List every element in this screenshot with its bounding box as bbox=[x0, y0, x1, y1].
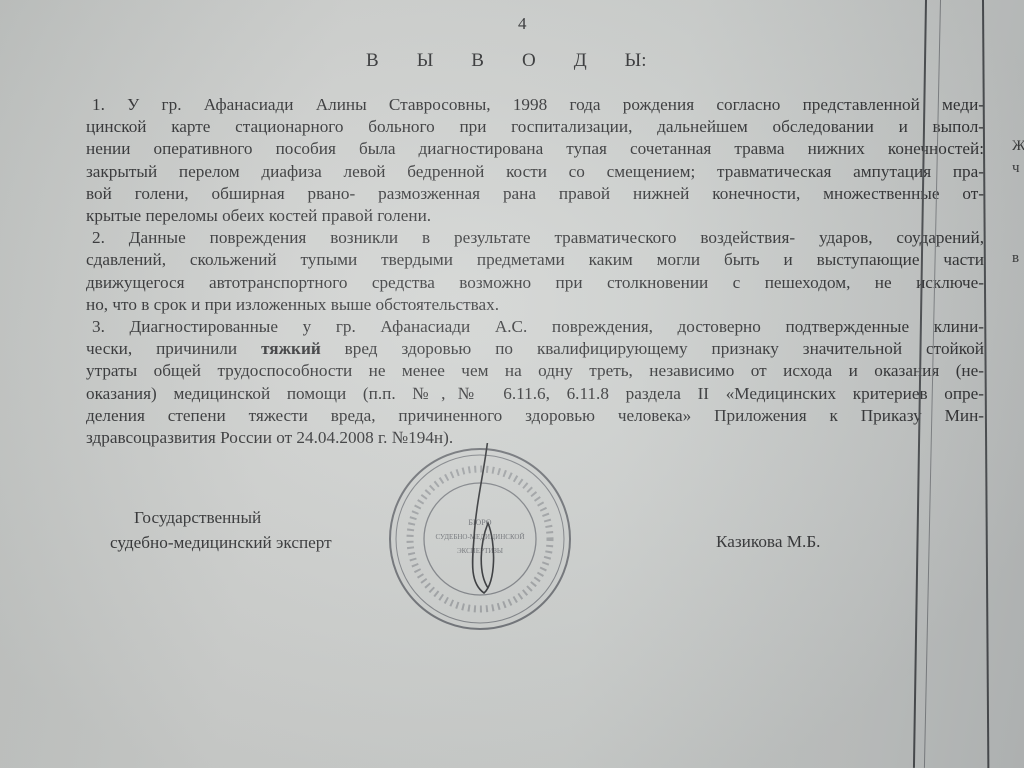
signatory-name: Казикова М.Б. bbox=[716, 532, 820, 552]
document-photo: 4 ВЫВОДЫ: 1. У гр. Афанасиади Алины Став… bbox=[0, 0, 1024, 768]
title-letter: Ы: bbox=[625, 50, 647, 72]
title-letter: В bbox=[471, 50, 484, 72]
paragraph-2: 2. Данные повреждения возникли в результ… bbox=[86, 227, 984, 316]
edge-fragment: Ж bbox=[1012, 138, 1024, 155]
edge-fragment: в bbox=[1012, 250, 1019, 267]
title-letter: В bbox=[366, 50, 379, 72]
text-line: чески, причинили тяжкий вред здоровью по… bbox=[86, 338, 984, 360]
role-line: судебно-медицинский эксперт bbox=[110, 530, 332, 555]
text-line: вой голени, обширная рвано- размозженная… bbox=[86, 183, 984, 205]
official-stamp-icon: БЮРО СУДЕБНО-МЕДИЦИНСКОЙ ЭКСПЕРТИЗЫ bbox=[384, 443, 576, 635]
text-line: нении оперативного пособия была диагност… bbox=[86, 138, 984, 160]
section-title: ВЫВОДЫ: bbox=[366, 50, 685, 72]
text-line: оказания) медицинской помощи (п.п. №,№ 6… bbox=[86, 383, 984, 405]
paragraph-1: 1. У гр. Афанасиади Алины Ставросовны, 1… bbox=[86, 94, 984, 227]
text-segment: чески, причинили bbox=[86, 339, 261, 358]
page-number: 4 bbox=[518, 14, 527, 34]
signatory-role: Государственный судебно-медицинский эксп… bbox=[110, 505, 332, 555]
text-line: крытые переломы обеих костей правой голе… bbox=[86, 205, 984, 227]
stamp-text: СУДЕБНО-МЕДИЦИНСКОЙ bbox=[435, 533, 524, 541]
text-line: сдавлений, скольжений тупыми твердыми пр… bbox=[86, 249, 984, 271]
paragraph-3: 3. Диагностированные у гр. Афанасиади А.… bbox=[86, 316, 984, 449]
text-line: но, что в срок и при изложенных выше обс… bbox=[86, 294, 984, 316]
edge-fragment: ч bbox=[1012, 160, 1020, 177]
text-line: 1. У гр. Афанасиади Алины Ставросовны, 1… bbox=[86, 94, 984, 116]
text-line: закрытый перелом диафиза левой бедренной… bbox=[86, 161, 984, 183]
title-letter: Ы bbox=[417, 50, 434, 72]
title-letter: О bbox=[522, 50, 536, 72]
text-segment: вред здоровью по квалифицирующему призна… bbox=[321, 339, 984, 358]
text-line: 3. Диагностированные у гр. Афанасиади А.… bbox=[86, 316, 984, 338]
text-line: деления степени тяжести вреда, причиненн… bbox=[86, 405, 984, 427]
severity-bold-text: тяжкий bbox=[261, 339, 321, 358]
text-line: движущегося автотранспортного средства в… bbox=[86, 272, 984, 294]
role-line: Государственный bbox=[110, 505, 332, 530]
text-line: утраты общей трудоспособности не менее ч… bbox=[86, 360, 984, 382]
text-line: цинской карте стационарного больного при… bbox=[86, 116, 984, 138]
text-line: 2. Данные повреждения возникли в результ… bbox=[86, 227, 984, 249]
conclusions-body: 1. У гр. Афанасиади Алины Ставросовны, 1… bbox=[86, 94, 984, 449]
title-letter: Д bbox=[574, 50, 587, 72]
stamp-text: ЭКСПЕРТИЗЫ bbox=[457, 547, 503, 555]
